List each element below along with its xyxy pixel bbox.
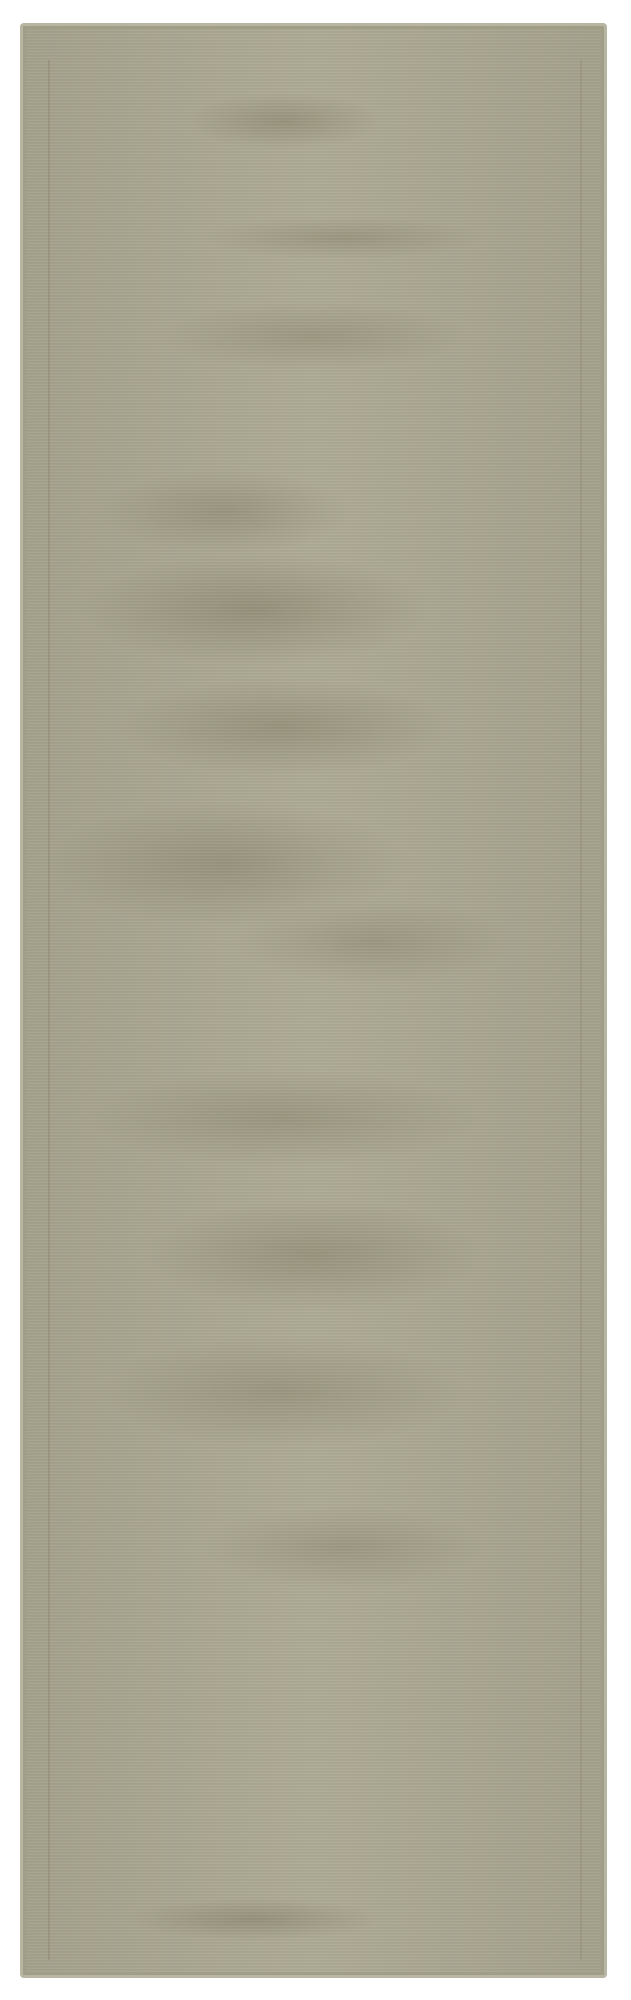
runner-rug [20,23,607,1978]
